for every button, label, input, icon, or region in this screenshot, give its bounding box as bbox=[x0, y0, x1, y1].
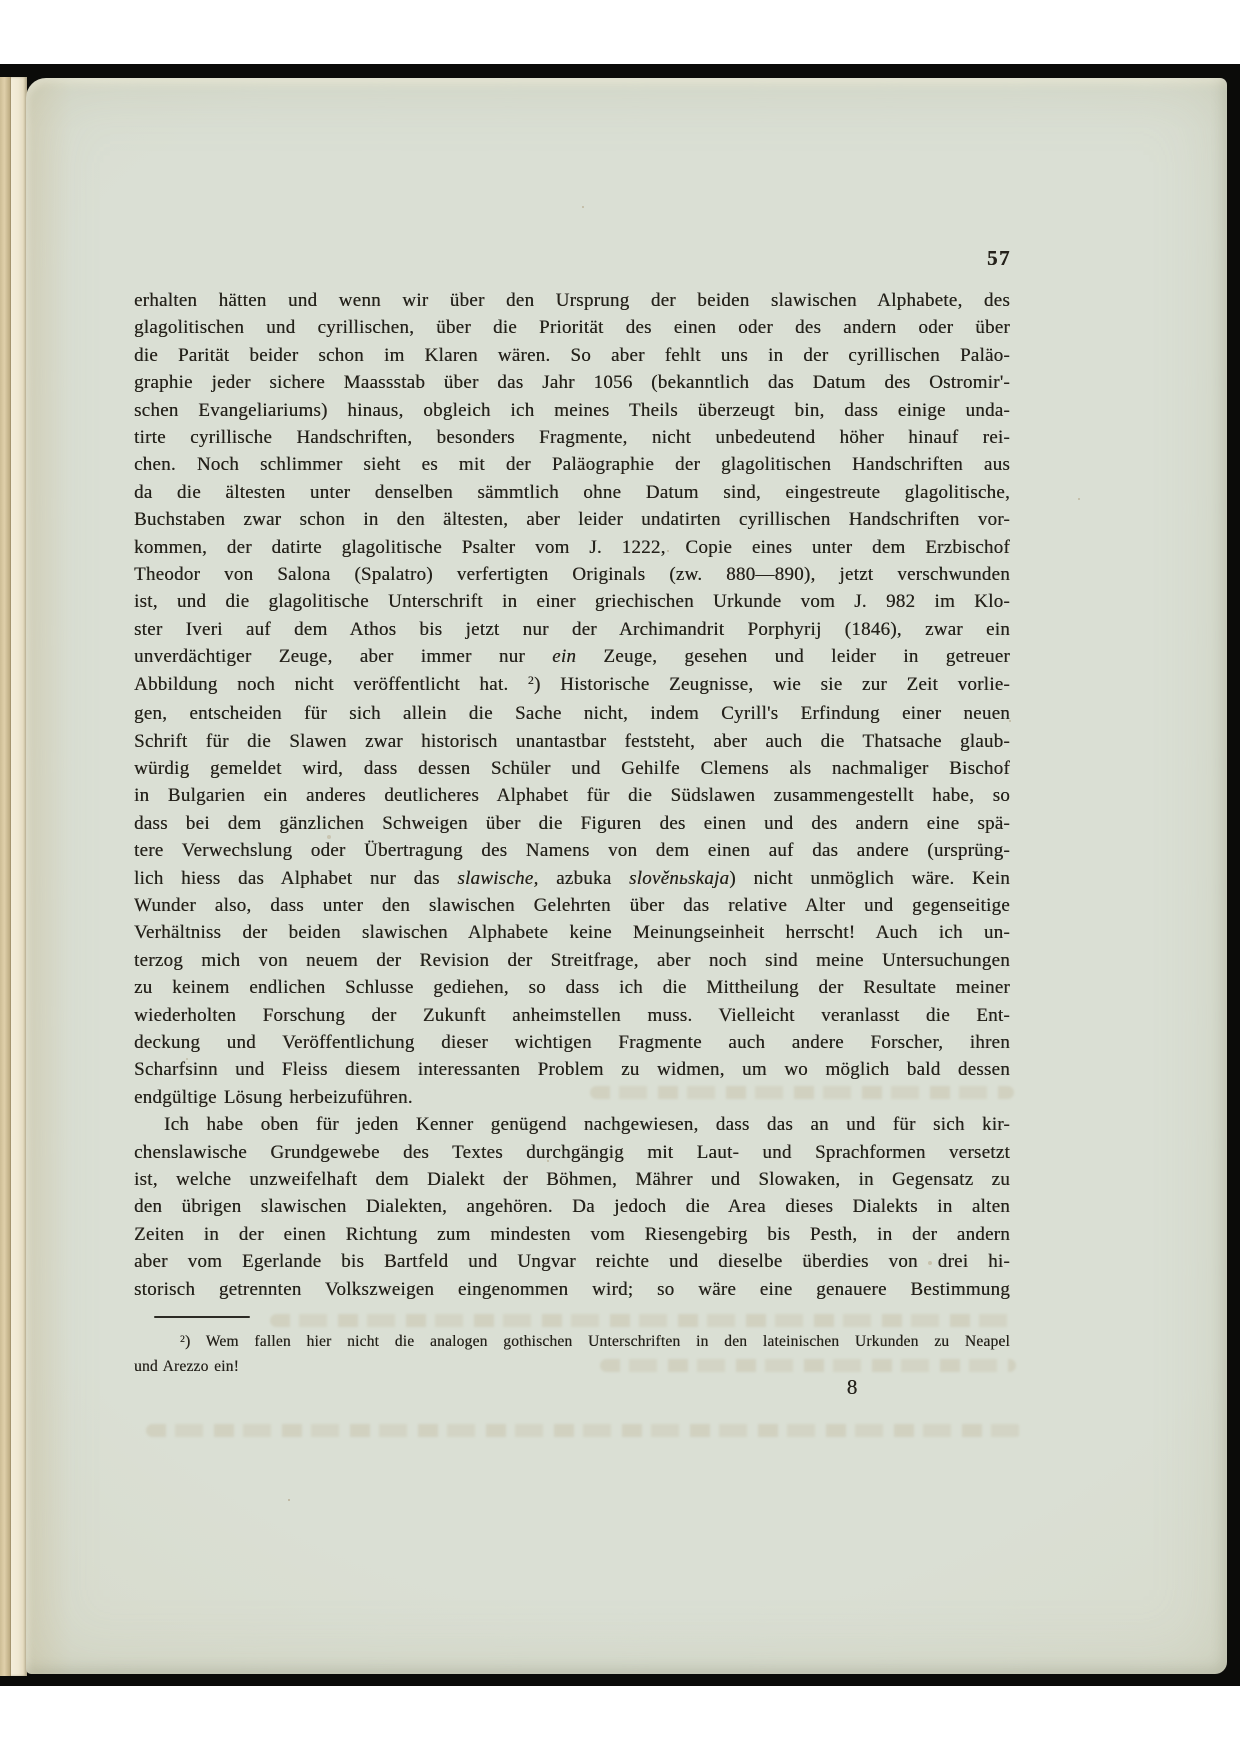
footnote-reference: 2 bbox=[528, 674, 534, 687]
page-number: 57 bbox=[987, 246, 1011, 271]
signature-mark: 8 bbox=[821, 1375, 883, 1400]
italic-text: slověnьskaja bbox=[629, 868, 729, 889]
text-line: storisch getrennten Volkszweigen eingeno… bbox=[134, 1276, 1010, 1303]
text-line: Zeiten in der einen Richtung zum mindest… bbox=[134, 1221, 1010, 1248]
book-page: 57 erhalten hätten und wenn wir über den… bbox=[26, 78, 1227, 1674]
text-line: endgültige Lösung herbeizuführen. bbox=[134, 1084, 1010, 1111]
text-line: Ich habe oben für jeden Kenner genügend … bbox=[134, 1111, 1010, 1138]
italic-text: ein bbox=[552, 646, 576, 667]
text-line: da die ältesten unter denselben sämmtlic… bbox=[134, 479, 1010, 506]
text-line: wiederholten Forschung der Zukunft anhei… bbox=[134, 1002, 1010, 1029]
text-line: glagolitischen und cyrillischen, über di… bbox=[134, 314, 1010, 341]
text-line: zu keinem endlichen Schlusse gediehen, s… bbox=[134, 974, 1010, 1001]
text-line: Wunder also, dass unter den slawischen G… bbox=[134, 892, 1010, 919]
text-line: ist, und die glagolitische Unterschrift … bbox=[134, 588, 1010, 615]
text-line: graphie jeder sichere Maassstab über das… bbox=[134, 369, 1010, 396]
text-line: tirte cyrillische Handschriften, besonde… bbox=[134, 424, 1010, 451]
text-line: ster Iveri auf dem Athos bis jetzt nur d… bbox=[134, 616, 1010, 643]
text-line: gen, entscheiden für sich allein die Sac… bbox=[134, 700, 1010, 727]
footnote-separator bbox=[154, 1316, 250, 1318]
text-line: tere Verwechslung oder Übertragung des N… bbox=[134, 837, 1010, 864]
text-line: deckung und Veröffentlichung dieser wich… bbox=[134, 1029, 1010, 1056]
text-line: Scharfsinn und Fleiss diesem interessant… bbox=[134, 1056, 1010, 1083]
text-line: dass bei dem gänzlichen Schweigen über d… bbox=[134, 810, 1010, 837]
text-line: unverdächtiger Zeuge, aber immer nur ein… bbox=[134, 643, 1010, 670]
text-line: Theodor von Salona (Spalatro) verfertigt… bbox=[134, 561, 1010, 588]
text-line: Buchstaben zwar schon in den ältesten, a… bbox=[134, 506, 1010, 533]
footnote: 2) Wem fallen hier nicht die analogen go… bbox=[134, 1331, 1010, 1378]
text-line: Verhältniss der beiden slawischen Alphab… bbox=[134, 919, 1010, 946]
footnote-reference: 2 bbox=[180, 1334, 185, 1345]
text-line: aber vom Egerlande bis Bartfeld und Ungv… bbox=[134, 1248, 1010, 1275]
text-line: schen Evangeliariums) hinaus, obgleich i… bbox=[134, 397, 1010, 424]
body-text: erhalten hätten und wenn wir über den Ur… bbox=[134, 287, 1010, 1303]
text-line: kommen, der datirte glagolitische Psalte… bbox=[134, 534, 1010, 561]
text-line: erhalten hätten und wenn wir über den Ur… bbox=[134, 287, 1010, 314]
text-line: Schrift für die Slawen zwar historisch u… bbox=[134, 728, 1010, 755]
book-binding-edge bbox=[0, 77, 11, 1676]
bleedthrough-text-ghost bbox=[270, 1314, 1012, 1327]
text-line: lich hiess das Alphabet nur das slawisch… bbox=[134, 865, 1010, 892]
text-line: in Bulgarien ein anderes deutlicheres Al… bbox=[134, 782, 1010, 809]
text-line: 2) Wem fallen hier nicht die analogen go… bbox=[134, 1331, 1010, 1356]
text-line: würdig gemeldet wird, dass dessen Schüle… bbox=[134, 755, 1010, 782]
bleedthrough-text-ghost bbox=[146, 1424, 1022, 1437]
page-stack-edge bbox=[11, 77, 27, 1676]
text-line: chen. Noch schlimmer sieht es mit der Pa… bbox=[134, 451, 1010, 478]
photo-backdrop: 57 erhalten hätten und wenn wir über den… bbox=[0, 64, 1240, 1686]
text-line: chenslawische Grundgewebe des Textes dur… bbox=[134, 1139, 1010, 1166]
text-line: den übrigen slawischen Dialekten, angehö… bbox=[134, 1193, 1010, 1220]
italic-text: slawische, bbox=[457, 868, 538, 889]
paper-specks bbox=[26, 78, 28, 80]
text-line: terzog mich von neuem der Revision der S… bbox=[134, 947, 1010, 974]
text-line: die Parität beider schon im Klaren wären… bbox=[134, 342, 1010, 369]
text-line: ist, welche unzweifelhaft dem Dialekt de… bbox=[134, 1166, 1010, 1193]
text-line: Abbildung noch nicht veröffentlicht hat.… bbox=[134, 671, 1010, 700]
